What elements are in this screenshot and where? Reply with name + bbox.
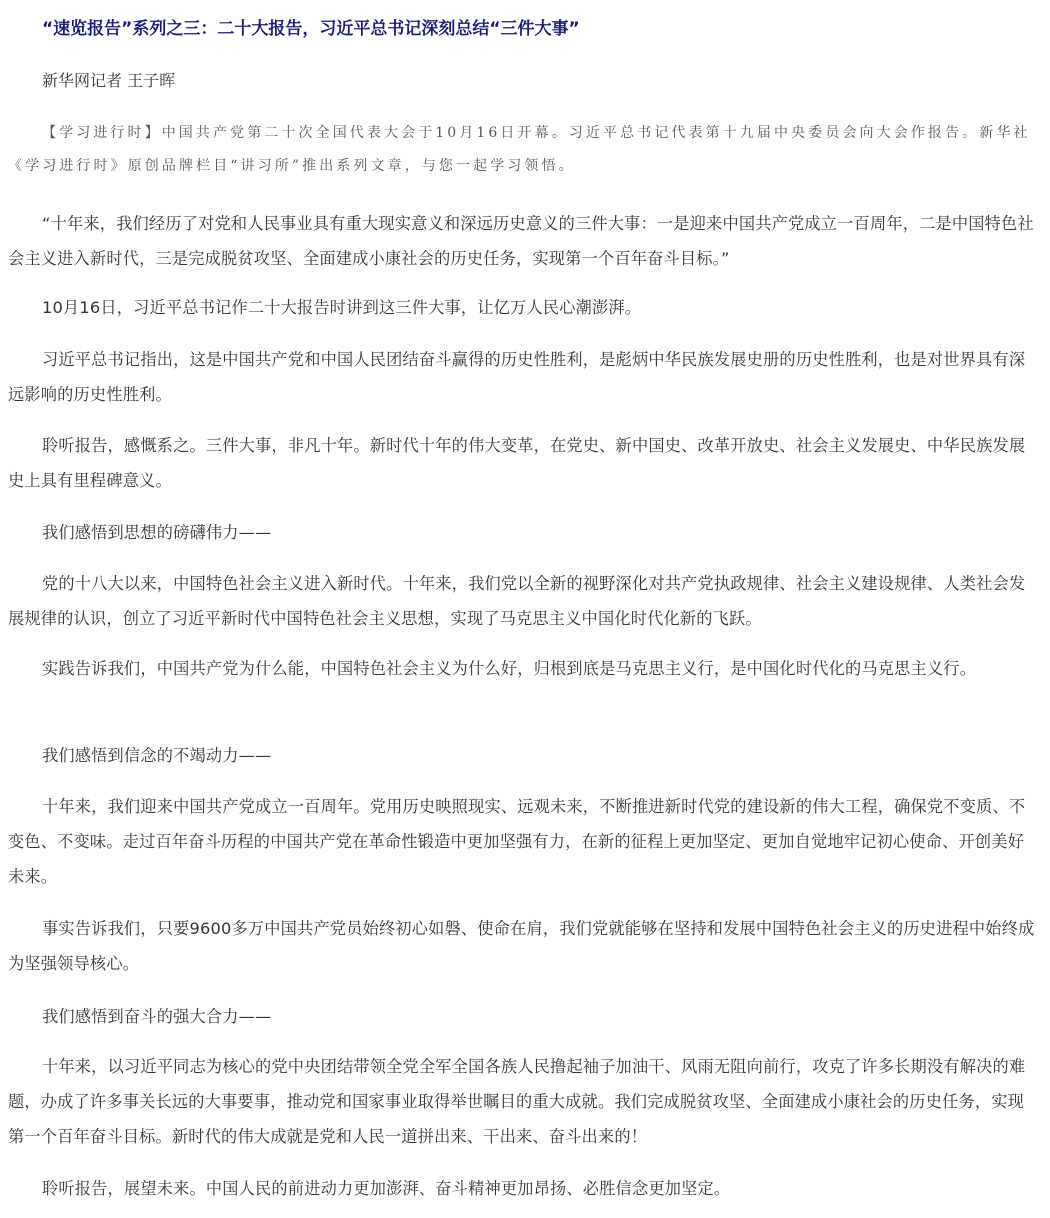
section-heading: 我们感悟到信念的不竭动力—— bbox=[8, 738, 1038, 773]
paragraph: 聆听报告，感慨系之。三件大事，非凡十年。新时代十年的伟大变革，在党史、新中国史、… bbox=[8, 428, 1038, 498]
article-byline: 新华网记者 王子晖 bbox=[42, 68, 175, 91]
paragraph-quote: “十年来，我们经历了对党和人民事业具有重大现实意义和深远历史意义的三件大事：一是… bbox=[8, 206, 1038, 276]
paragraph: 党的十八大以来，中国特色社会主义进入新时代。十年来，我们党以全新的视野深化对共产… bbox=[8, 566, 1038, 636]
article-title: “速览报告”系列之三：二十大报告，习近平总书记深刻总结“三件大事” bbox=[42, 14, 580, 39]
paragraph: 10月16日，习近平总书记作二十大报告时讲到这三件大事，让亿万人民心潮澎湃。 bbox=[8, 290, 1038, 325]
paragraph: 聆听报告，展望未来。中国人民的前进动力更加澎湃、奋斗精神更加昂扬、必胜信念更加坚… bbox=[8, 1171, 1038, 1206]
section-heading: 我们感悟到思想的磅礴伟力—— bbox=[8, 515, 1038, 550]
paragraph: 十年来，我们迎来中国共产党成立一百周年。党用历史映照现实、远观未来，不断推进新时… bbox=[8, 789, 1038, 894]
paragraph: 事实告诉我们，只要9600多万中国共产党员始终初心如磐、使命在肩，我们党就能够在… bbox=[8, 911, 1038, 981]
article-lead: 【学习进行时】中国共产党第二十次全国代表大会于10月16日开幕。习近平总书记代表… bbox=[8, 117, 1038, 183]
section-heading: 我们感悟到奋斗的强大合力—— bbox=[8, 999, 1038, 1034]
paragraph: 习近平总书记指出，这是中国共产党和中国人民团结奋斗赢得的历史性胜利，是彪炳中华民… bbox=[8, 342, 1038, 412]
paragraph: 实践告诉我们，中国共产党为什么能，中国特色社会主义为什么好，归根到底是马克思主义… bbox=[8, 651, 1038, 686]
paragraph: 十年来，以习近平同志为核心的党中央团结带领全党全军全国各族人民撸起袖子加油干、风… bbox=[8, 1049, 1038, 1154]
